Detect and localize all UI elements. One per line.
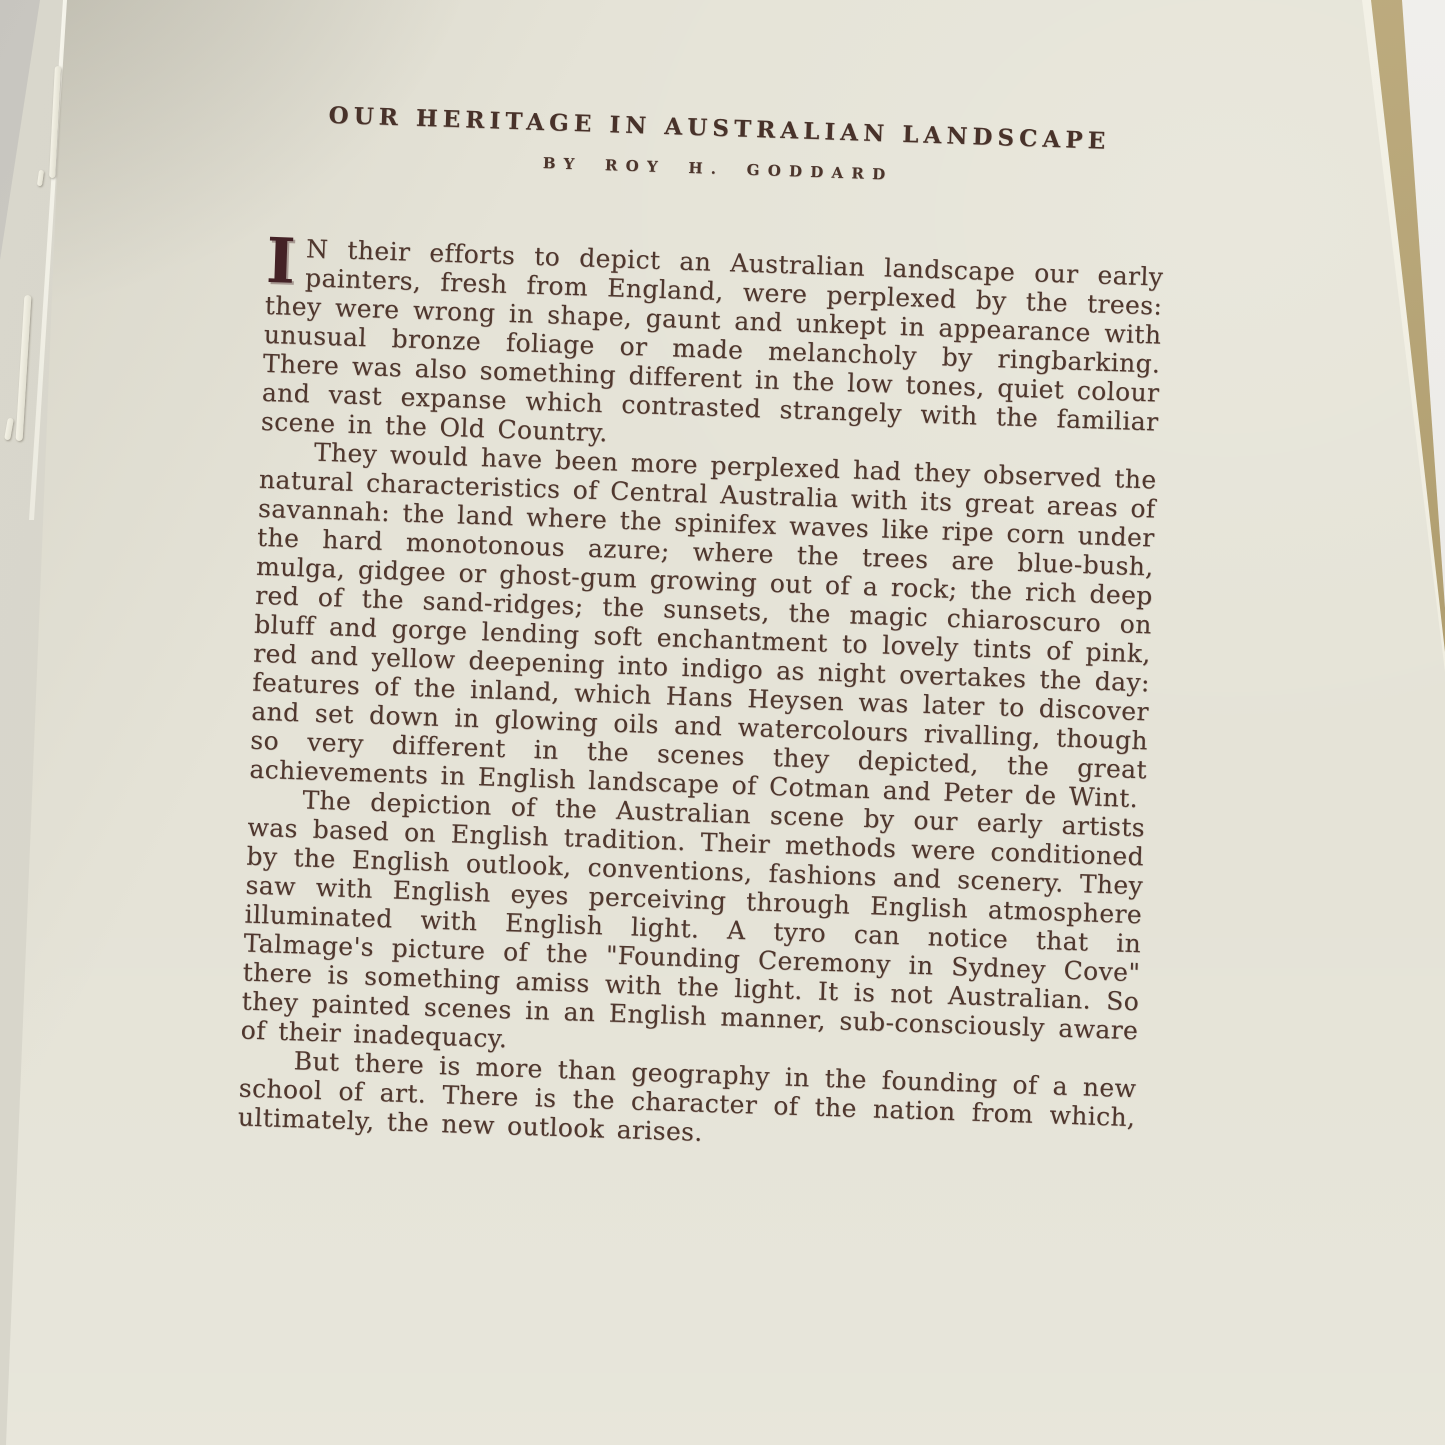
paragraph-1: IN their efforts to depict an Australian… [261, 233, 1164, 466]
paragraph-3: The depiction of the Australian scene by… [240, 784, 1145, 1075]
paragraph-2: They would have been more perplexed had … [249, 436, 1157, 814]
paragraph-1-text: N their efforts to depict an Australian … [261, 234, 1164, 447]
page-text: OUR HERITAGE IN AUSTRALIAN LANDSCAPE BY … [237, 90, 1168, 1161]
article-body: IN their efforts to depict an Australian… [237, 233, 1163, 1161]
drop-cap: I [266, 236, 297, 287]
